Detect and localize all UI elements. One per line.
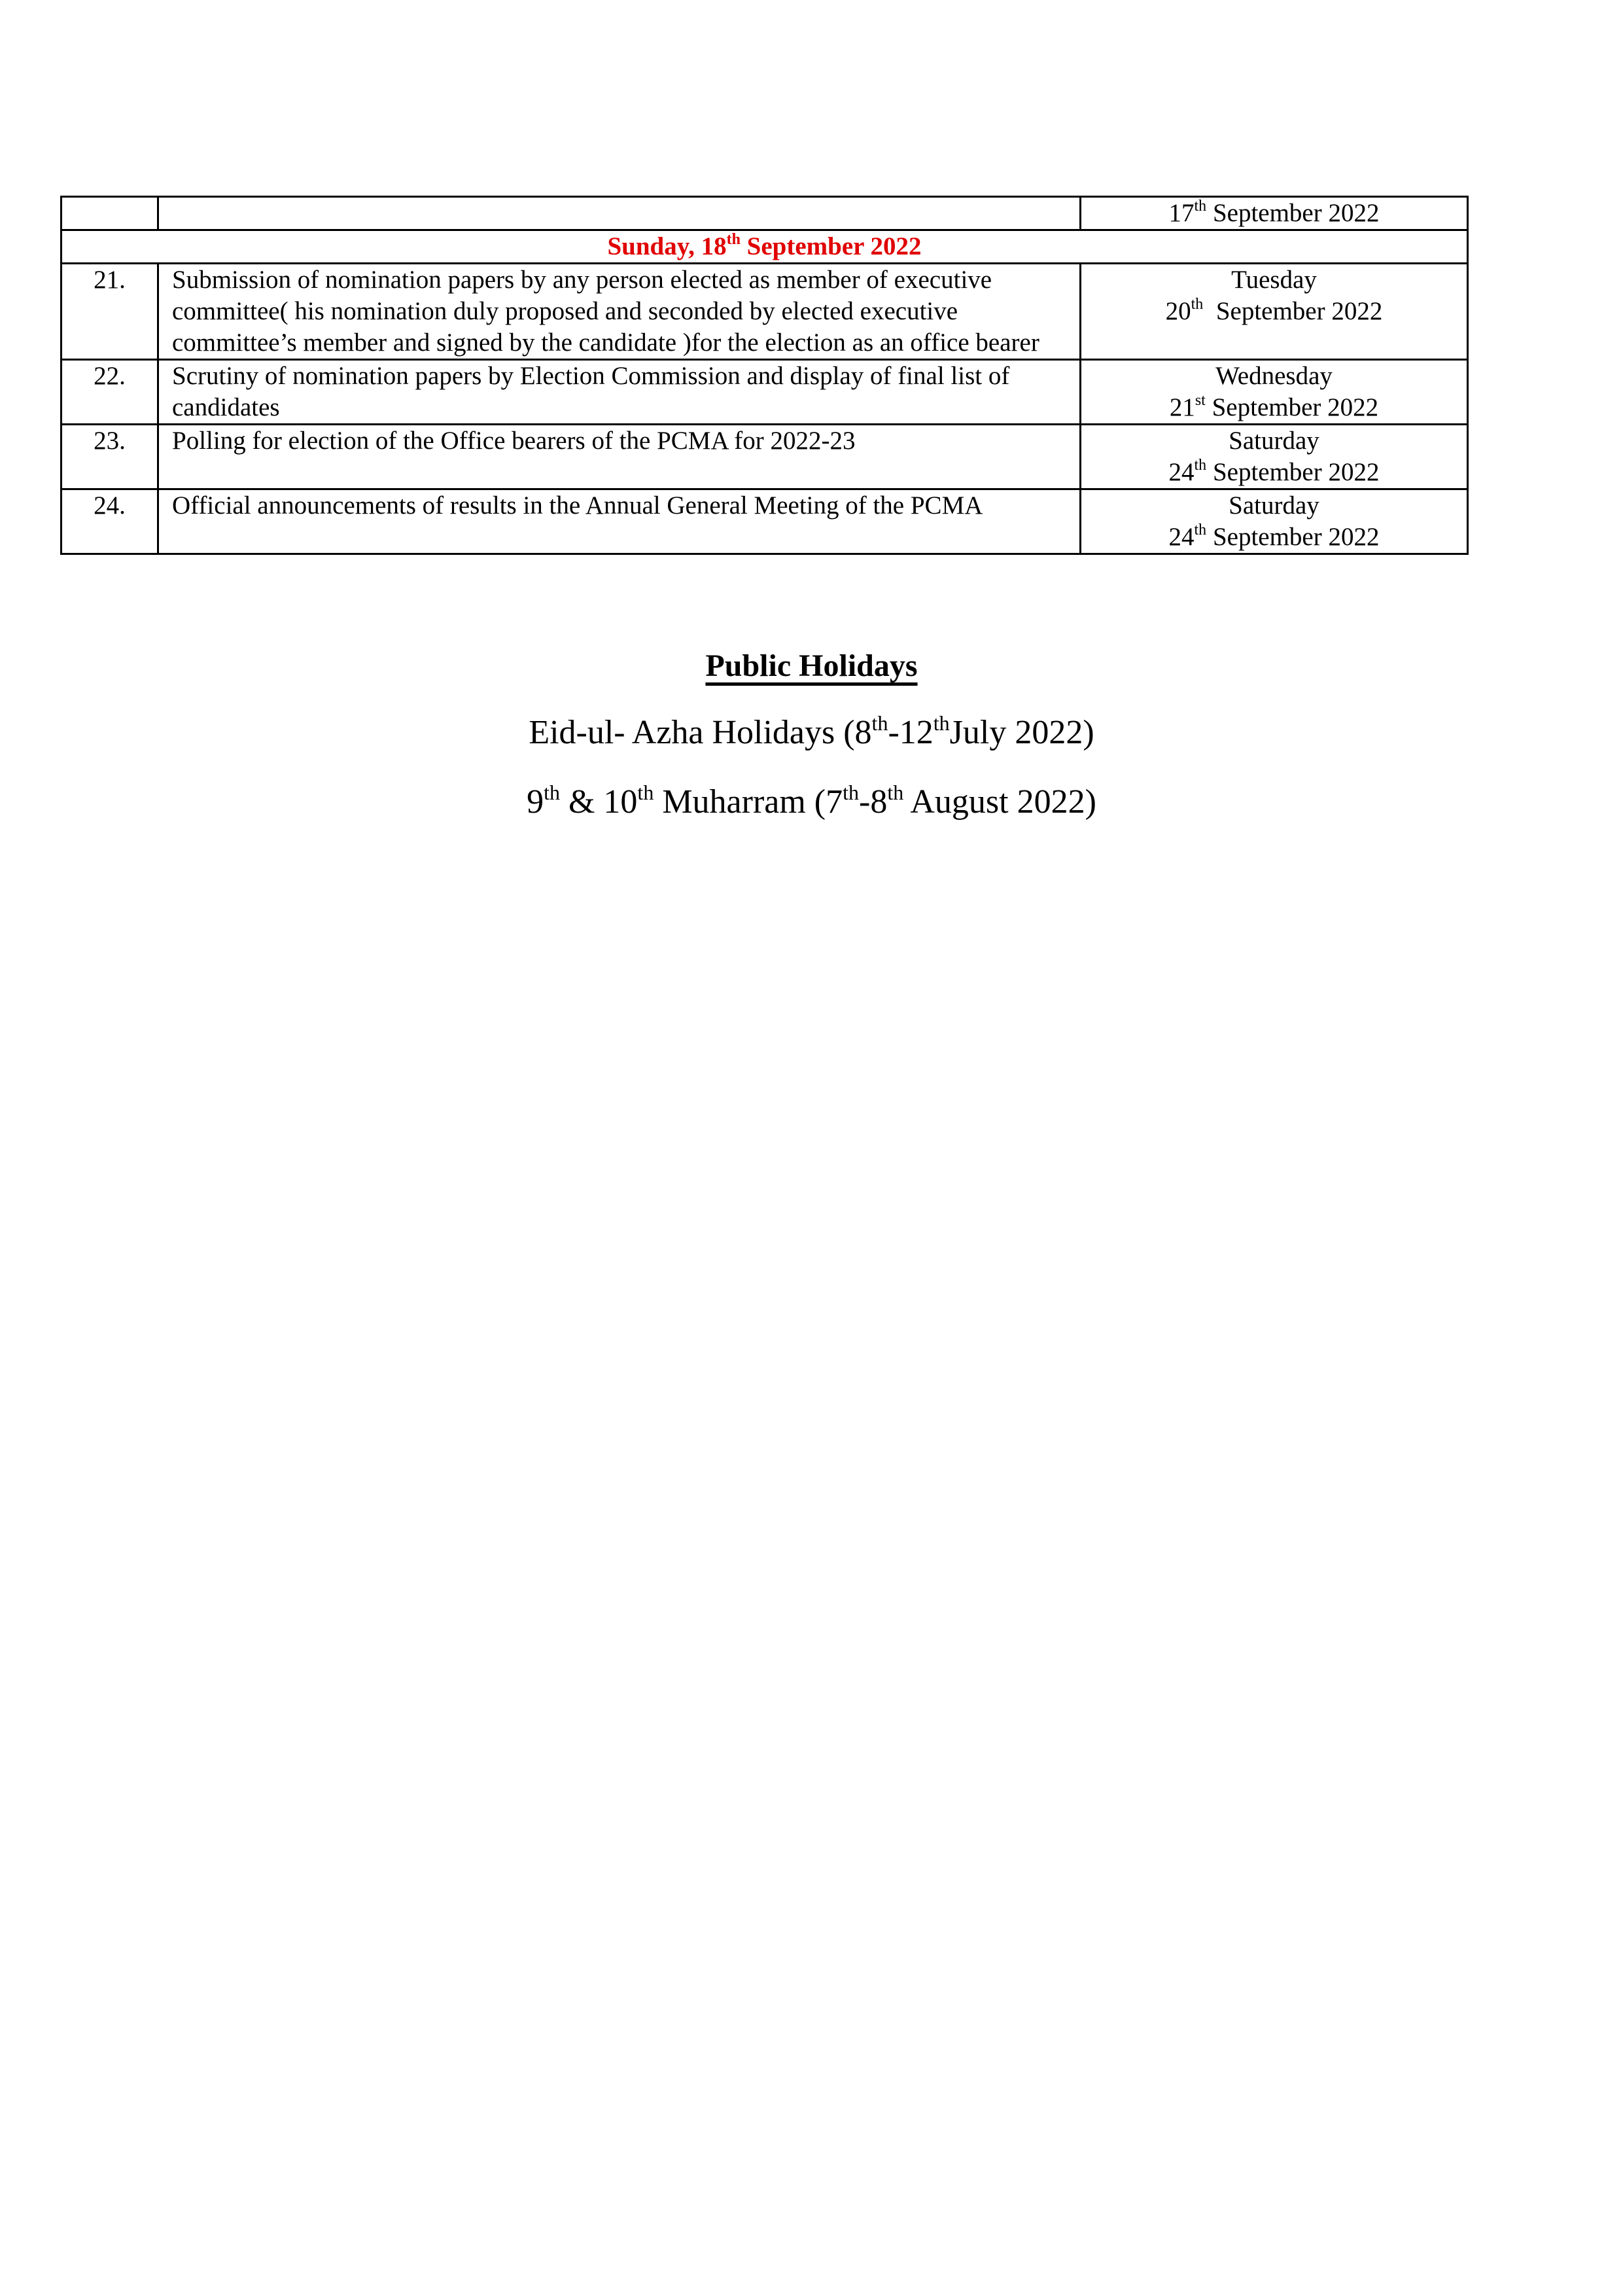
- date-rest: September 2022: [1206, 458, 1379, 486]
- row-number: 21.: [61, 264, 158, 360]
- row-number: [61, 197, 158, 230]
- row-date: Tuesday20th September 2022: [1081, 264, 1468, 360]
- row-description: [158, 197, 1081, 230]
- section-header-text-end: September 2022: [741, 232, 922, 260]
- row-day: Wednesday: [1094, 361, 1454, 392]
- holiday-text: August 2022): [903, 783, 1096, 821]
- section-header-sup: th: [727, 231, 741, 248]
- holiday-sup: th: [637, 781, 654, 804]
- date-num: 20: [1166, 297, 1191, 325]
- table-row: 23. Polling for election of the Office b…: [61, 425, 1468, 489]
- date-rest: September 2022: [1206, 393, 1378, 421]
- date-num: 24: [1169, 458, 1195, 486]
- public-holidays-title: Public Holidays: [0, 648, 1623, 684]
- holiday-sup: th: [887, 781, 903, 804]
- holiday-sup: th: [934, 711, 950, 735]
- date-num: 24: [1169, 523, 1195, 551]
- row-date: 17th September 2022: [1081, 197, 1468, 230]
- row-date: Wednesday21st September 2022: [1081, 360, 1468, 425]
- date-rest: September 2022: [1206, 199, 1379, 227]
- date-rest: September 2022: [1203, 297, 1382, 325]
- table-row: 24. Official announcements of results in…: [61, 489, 1468, 554]
- row-date: Saturday24th September 2022: [1081, 489, 1468, 554]
- holiday-muharram: 9th & 10th Muharram (7th-8th August 2022…: [0, 783, 1623, 821]
- holiday-text: -8: [859, 783, 887, 821]
- date-sup: th: [1195, 521, 1207, 539]
- row-number: 23.: [61, 425, 158, 489]
- holiday-text: -12: [888, 714, 933, 751]
- holiday-text: 9: [527, 783, 544, 821]
- holiday-text: July 2022): [950, 714, 1094, 751]
- holiday-text: Muharram (7: [654, 783, 843, 821]
- date-sup: th: [1195, 457, 1207, 474]
- row-day: Saturday: [1094, 425, 1454, 457]
- row-description: Official announcements of results in the…: [158, 489, 1081, 554]
- row-description: Scrutiny of nomination papers by Electio…: [158, 360, 1081, 425]
- date-rest: September 2022: [1206, 523, 1379, 551]
- row-day: Tuesday: [1094, 264, 1454, 296]
- section-header-row: Sunday, 18th September 2022: [61, 230, 1468, 264]
- section-header: Sunday, 18th September 2022: [61, 230, 1468, 264]
- holiday-text: Eid-ul- Azha Holidays (8: [529, 714, 871, 751]
- date-sup: th: [1195, 198, 1207, 215]
- row-day: Saturday: [1094, 490, 1454, 521]
- row-date: Saturday24th September 2022: [1081, 425, 1468, 489]
- date-num: 21: [1170, 393, 1195, 421]
- row-description: Polling for election of the Office beare…: [158, 425, 1081, 489]
- row-number: 22.: [61, 360, 158, 425]
- holiday-sup: th: [843, 781, 859, 804]
- schedule-table: 17th September 2022 Sunday, 18th Septemb…: [60, 196, 1469, 555]
- date-sup: th: [1191, 296, 1204, 313]
- row-description: Submission of nomination papers by any p…: [158, 264, 1081, 360]
- date-sup: st: [1195, 392, 1206, 409]
- holiday-sup: th: [872, 711, 888, 735]
- table-row: 22. Scrutiny of nomination papers by Ele…: [61, 360, 1468, 425]
- holiday-eid-ul-azha: Eid-ul- Azha Holidays (8th-12thJuly 2022…: [0, 713, 1623, 752]
- date-num: 17: [1169, 199, 1195, 227]
- section-header-text: Sunday, 18: [607, 232, 726, 260]
- holiday-text: & 10: [560, 783, 637, 821]
- table-row: 21. Submission of nomination papers by a…: [61, 264, 1468, 360]
- row-number: 24.: [61, 489, 158, 554]
- table-row-continued: 17th September 2022: [61, 197, 1468, 230]
- holiday-sup: th: [544, 781, 560, 804]
